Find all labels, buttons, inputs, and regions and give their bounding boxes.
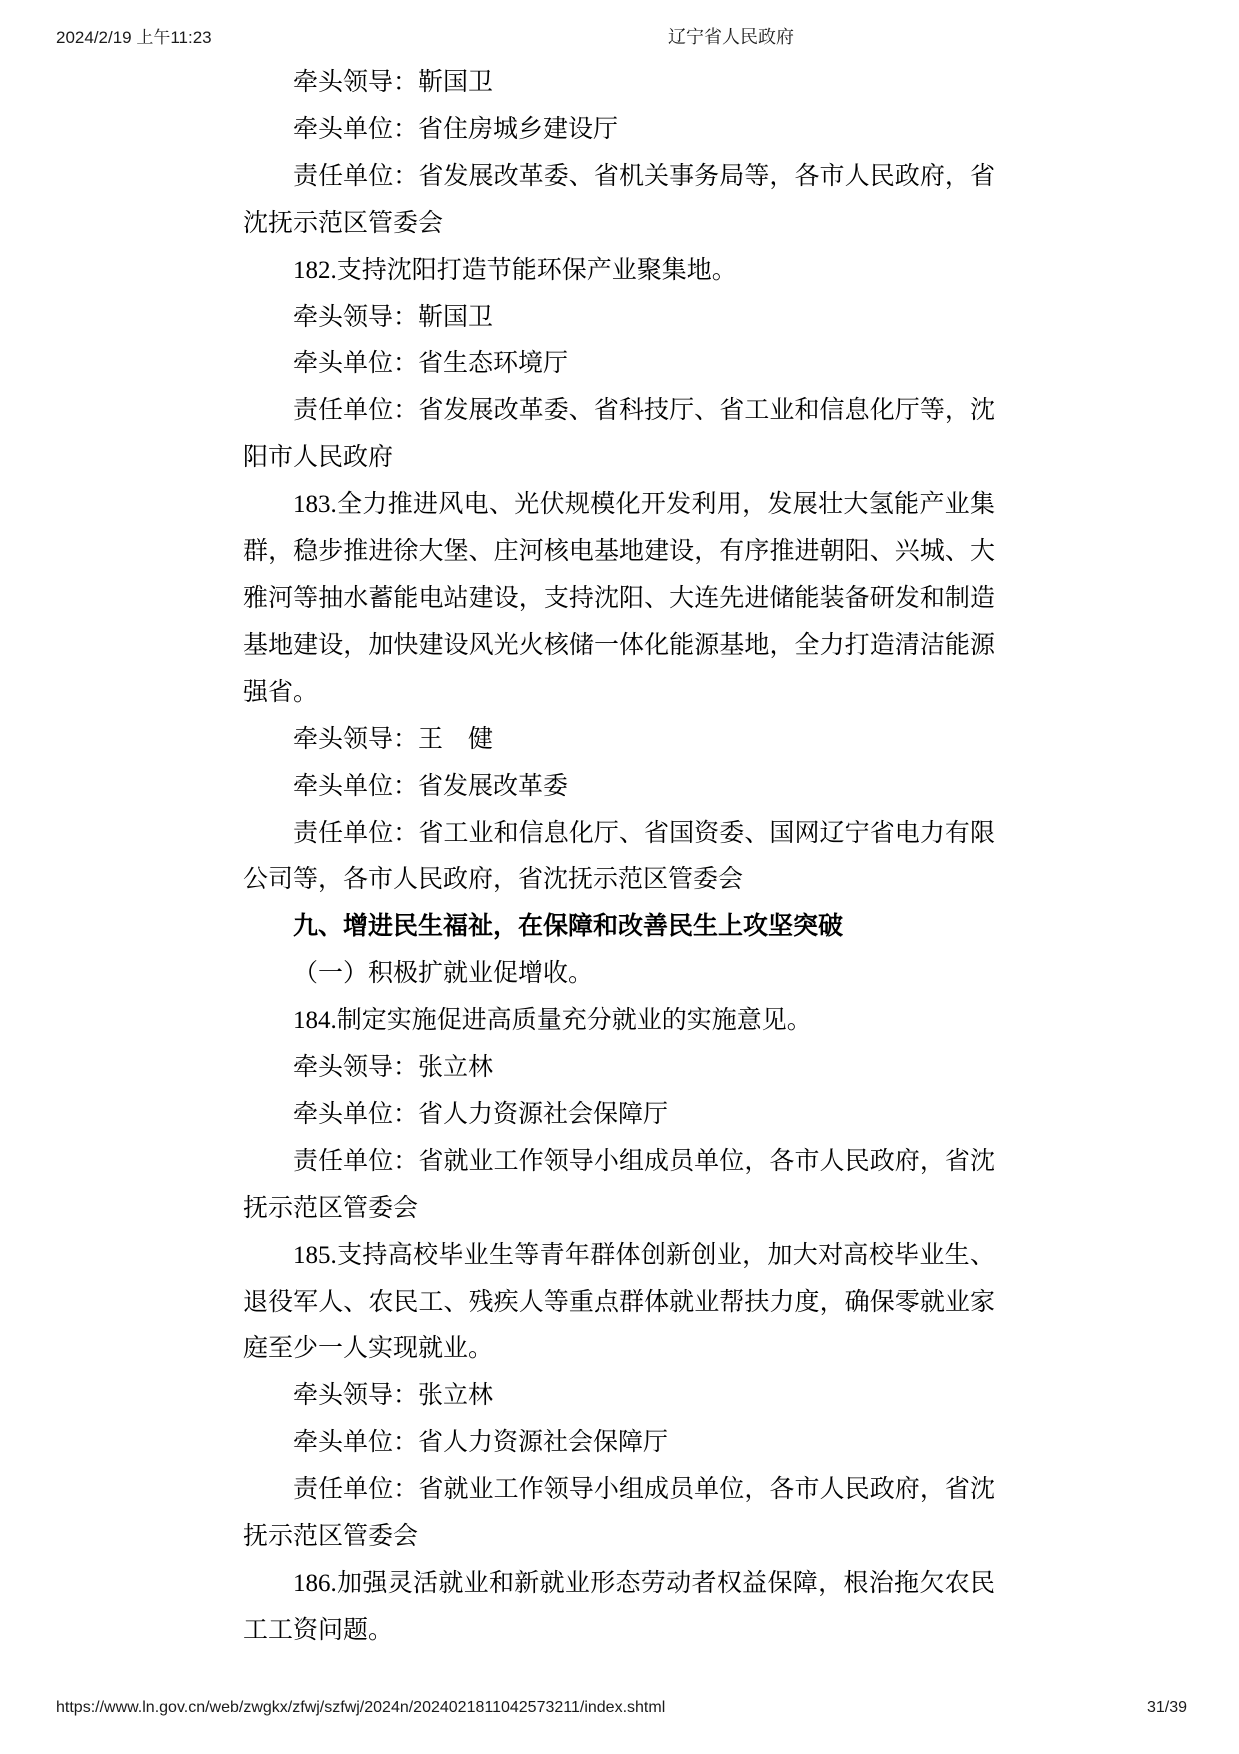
paragraph: 牵头领导：靳国卫: [243, 60, 995, 107]
document-body: 牵头领导：靳国卫牵头单位：省住房城乡建设厅责任单位：省发展改革委、省机关事务局等…: [243, 60, 995, 1655]
paragraph: 责任单位：省工业和信息化厅、省国资委、国网辽宁省电力有限公司等，各市人民政府，省…: [243, 811, 995, 905]
text-line: 牵头单位：省生态环境厅: [243, 341, 995, 388]
text-line: （一）积极扩就业促增收。: [243, 951, 995, 998]
text-line: 强省。: [243, 670, 995, 717]
paragraph: 牵头领导：张立林: [243, 1373, 995, 1420]
paragraph: 184.制定实施促进高质量充分就业的实施意见。: [243, 998, 995, 1045]
print-header-datetime: 2024/2/19 上午11:23: [56, 28, 212, 48]
text-line: 沈抚示范区管委会: [243, 201, 995, 248]
paragraph: 牵头单位：省人力资源社会保障厅: [243, 1092, 995, 1139]
text-line: 退役军人、农民工、残疾人等重点群体就业帮扶力度，确保零就业家: [243, 1280, 995, 1327]
text-line: 牵头单位：省人力资源社会保障厅: [243, 1420, 995, 1467]
paragraph: 182.支持沈阳打造节能环保产业聚集地。: [243, 248, 995, 295]
print-footer-page-indicator: 31/39: [1147, 1698, 1187, 1718]
text-line: 责任单位：省发展改革委、省机关事务局等，各市人民政府，省: [243, 154, 995, 201]
text-line: 牵头领导：张立林: [243, 1045, 995, 1092]
paragraph: 牵头单位：省住房城乡建设厅: [243, 107, 995, 154]
text-line: 牵头单位：省人力资源社会保障厅: [243, 1092, 995, 1139]
paragraph: 186.加强灵活就业和新就业形态劳动者权益保障，根治拖欠农民工工资问题。: [243, 1561, 995, 1655]
paragraph: （一）积极扩就业促增收。: [243, 951, 995, 998]
text-line: 公司等，各市人民政府，省沈抚示范区管委会: [243, 857, 995, 904]
text-line: 基地建设，加快建设风光火核储一体化能源基地，全力打造清洁能源: [243, 623, 995, 670]
text-line: 阳市人民政府: [243, 435, 995, 482]
text-line: 责任单位：省就业工作领导小组成员单位，各市人民政府，省沈: [243, 1467, 995, 1514]
text-line: 抚示范区管委会: [243, 1186, 995, 1233]
paragraph: 185.支持高校毕业生等青年群体创新创业，加大对高校毕业生、退役军人、农民工、残…: [243, 1233, 995, 1374]
text-line: 庭至少一人实现就业。: [243, 1326, 995, 1373]
text-line: 责任单位：省就业工作领导小组成员单位，各市人民政府，省沈: [243, 1139, 995, 1186]
text-line: 牵头领导：王 健: [243, 717, 995, 764]
paragraph: 牵头领导：王 健: [243, 717, 995, 764]
text-line: 牵头领导：张立林: [243, 1373, 995, 1420]
paragraph: 责任单位：省发展改革委、省科技厅、省工业和信息化厅等，沈阳市人民政府: [243, 388, 995, 482]
text-line: 工工资问题。: [243, 1608, 995, 1655]
text-line: 责任单位：省发展改革委、省科技厅、省工业和信息化厅等，沈: [243, 388, 995, 435]
text-line: 责任单位：省工业和信息化厅、省国资委、国网辽宁省电力有限: [243, 811, 995, 858]
text-line: 牵头领导：靳国卫: [243, 295, 995, 342]
text-line: 牵头领导：靳国卫: [243, 60, 995, 107]
paragraph: 责任单位：省就业工作领导小组成员单位，各市人民政府，省沈抚示范区管委会: [243, 1139, 995, 1233]
paragraph: 牵头领导：靳国卫: [243, 295, 995, 342]
text-line: 185.支持高校毕业生等青年群体创新创业，加大对高校毕业生、: [243, 1233, 995, 1280]
paragraph: 责任单位：省就业工作领导小组成员单位，各市人民政府，省沈抚示范区管委会: [243, 1467, 995, 1561]
text-line: 抚示范区管委会: [243, 1514, 995, 1561]
text-line: 183.全力推进风电、光伏规模化开发利用，发展壮大氢能产业集: [243, 482, 995, 529]
paragraph: 牵头单位：省人力资源社会保障厅: [243, 1420, 995, 1467]
text-line: 186.加强灵活就业和新就业形态劳动者权益保障，根治拖欠农民: [243, 1561, 995, 1608]
print-footer-url: https://www.ln.gov.cn/web/zwgkx/zfwj/szf…: [56, 1698, 665, 1718]
paragraph: 牵头单位：省生态环境厅: [243, 341, 995, 388]
paragraph: 牵头单位：省发展改革委: [243, 764, 995, 811]
section-heading: 九、增进民生福祉，在保障和改善民生上攻坚突破: [243, 904, 995, 951]
paragraph: 牵头领导：张立林: [243, 1045, 995, 1092]
text-line: 九、增进民生福祉，在保障和改善民生上攻坚突破: [243, 904, 995, 951]
text-line: 牵头单位：省发展改革委: [243, 764, 995, 811]
text-line: 182.支持沈阳打造节能环保产业聚集地。: [243, 248, 995, 295]
text-line: 牵头单位：省住房城乡建设厅: [243, 107, 995, 154]
text-line: 雅河等抽水蓄能电站建设，支持沈阳、大连先进储能装备研发和制造: [243, 576, 995, 623]
text-line: 群，稳步推进徐大堡、庄河核电基地建设，有序推进朝阳、兴城、大: [243, 529, 995, 576]
paragraph: 责任单位：省发展改革委、省机关事务局等，各市人民政府，省沈抚示范区管委会: [243, 154, 995, 248]
paragraph: 183.全力推进风电、光伏规模化开发利用，发展壮大氢能产业集群，稳步推进徐大堡、…: [243, 482, 995, 717]
print-header-site-title: 辽宁省人民政府: [668, 27, 794, 48]
printed-page: 2024/2/19 上午11:23 辽宁省人民政府 牵头领导：靳国卫牵头单位：省…: [0, 0, 1239, 1754]
text-line: 184.制定实施促进高质量充分就业的实施意见。: [243, 998, 995, 1045]
